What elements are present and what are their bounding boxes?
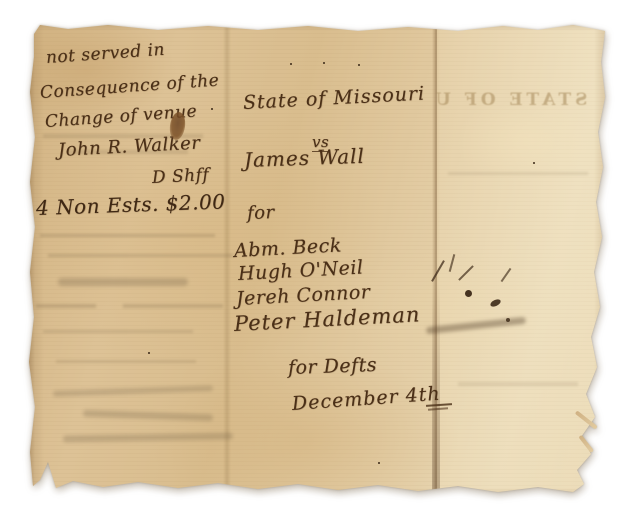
ink-dot — [506, 318, 510, 322]
bleedthrough-line — [40, 234, 215, 237]
paper-sheet-wrap: STATE OF U not served in Consequence of … — [28, 22, 606, 498]
bleedthrough-script-smudge — [53, 385, 213, 397]
bleedthrough-line — [36, 304, 96, 308]
ink-stroke — [501, 268, 512, 282]
for-label: for — [247, 202, 275, 224]
bleedthrough-script-smudge — [58, 278, 188, 286]
ink-stroke — [449, 254, 456, 272]
bleedthrough-script-smudge — [63, 433, 233, 443]
speck — [533, 162, 535, 164]
speck — [378, 462, 380, 464]
bleedthrough-line — [448, 172, 588, 175]
bleedthrough-line — [43, 330, 193, 333]
speck — [290, 63, 292, 65]
paper-sheet: STATE OF U not served in Consequence of … — [28, 22, 606, 498]
bleedthrough-line — [123, 304, 223, 308]
ink-smudge — [426, 317, 526, 334]
case-defendant: James Wall — [244, 144, 366, 172]
bleedthrough-mirrored-header: STATE OF U — [432, 90, 587, 110]
sheriff-title: D Shff — [151, 165, 209, 188]
note-line-1: not served in — [45, 40, 165, 68]
speck — [211, 108, 213, 110]
ink-dot — [489, 298, 502, 308]
speck — [148, 352, 150, 354]
fold-crease-left — [225, 22, 229, 498]
bleedthrough-script-smudge — [83, 410, 213, 422]
speck — [358, 64, 360, 66]
speck — [323, 62, 325, 64]
for-defendant-note: for Defts — [288, 354, 378, 379]
ink-dot — [465, 290, 472, 297]
case-plaintiff: State of Missouri — [242, 82, 425, 114]
note-line-2: Consequence of the — [39, 70, 220, 102]
bleedthrough-line — [48, 254, 233, 257]
bleedthrough-line — [56, 360, 196, 363]
bleedthrough-line — [458, 382, 578, 386]
fee-note: 4 Non Ests. $2.00 — [36, 189, 226, 220]
date-line: December 4th — [291, 383, 441, 415]
document-scan: STATE OF U not served in Consequence of … — [0, 0, 640, 514]
ink-stroke — [458, 265, 474, 281]
